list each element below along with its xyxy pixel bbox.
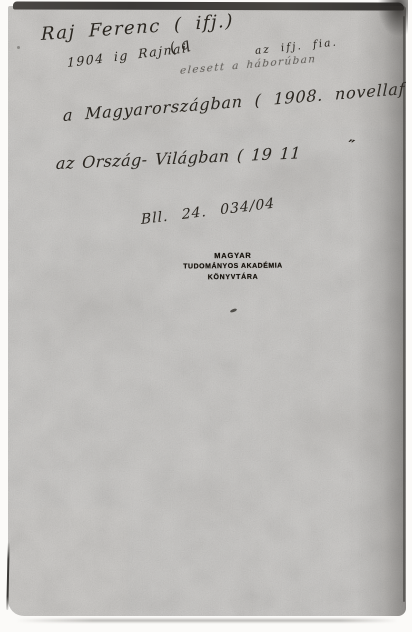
stamp-line-3: KÖNYVTÁRA [158,271,308,283]
page-right-shadow [356,6,406,616]
handwritten-entry-magyarorszag: a Magyarországban ( 1908. novellaford. [63,76,406,125]
scan-background: { "document": { "kind": "scanned book fl… [0,0,412,632]
page-bottom-shadow [16,619,398,622]
ink-speck [230,308,238,313]
ditto-mark: ″ [347,136,356,155]
page-right-edge-line [403,16,405,602]
handwritten-owner-name: Raj Ferenc ( ifj.) [41,10,234,45]
library-stamp: MAGYAR TUDOMÁNYOS AKADÉMIA KÖNYVTÁRA [158,249,308,283]
page-top-edge [13,1,404,10]
handwritten-faint-note: elesett a háborúban [180,53,317,77]
handwritten-former-name-note: 1904 ig Rajnai [67,40,188,70]
book-page: Raj Ferenc ( ifj.) ( q 1904 ig Rajnai az… [8,6,406,616]
handwritten-entry-orszag-vilag: az Ország- Világban ( 19 11 [55,143,301,173]
handwritten-accession-number: Bll. 24. 034/04 [141,196,276,229]
margin-ink-dot [17,46,20,49]
